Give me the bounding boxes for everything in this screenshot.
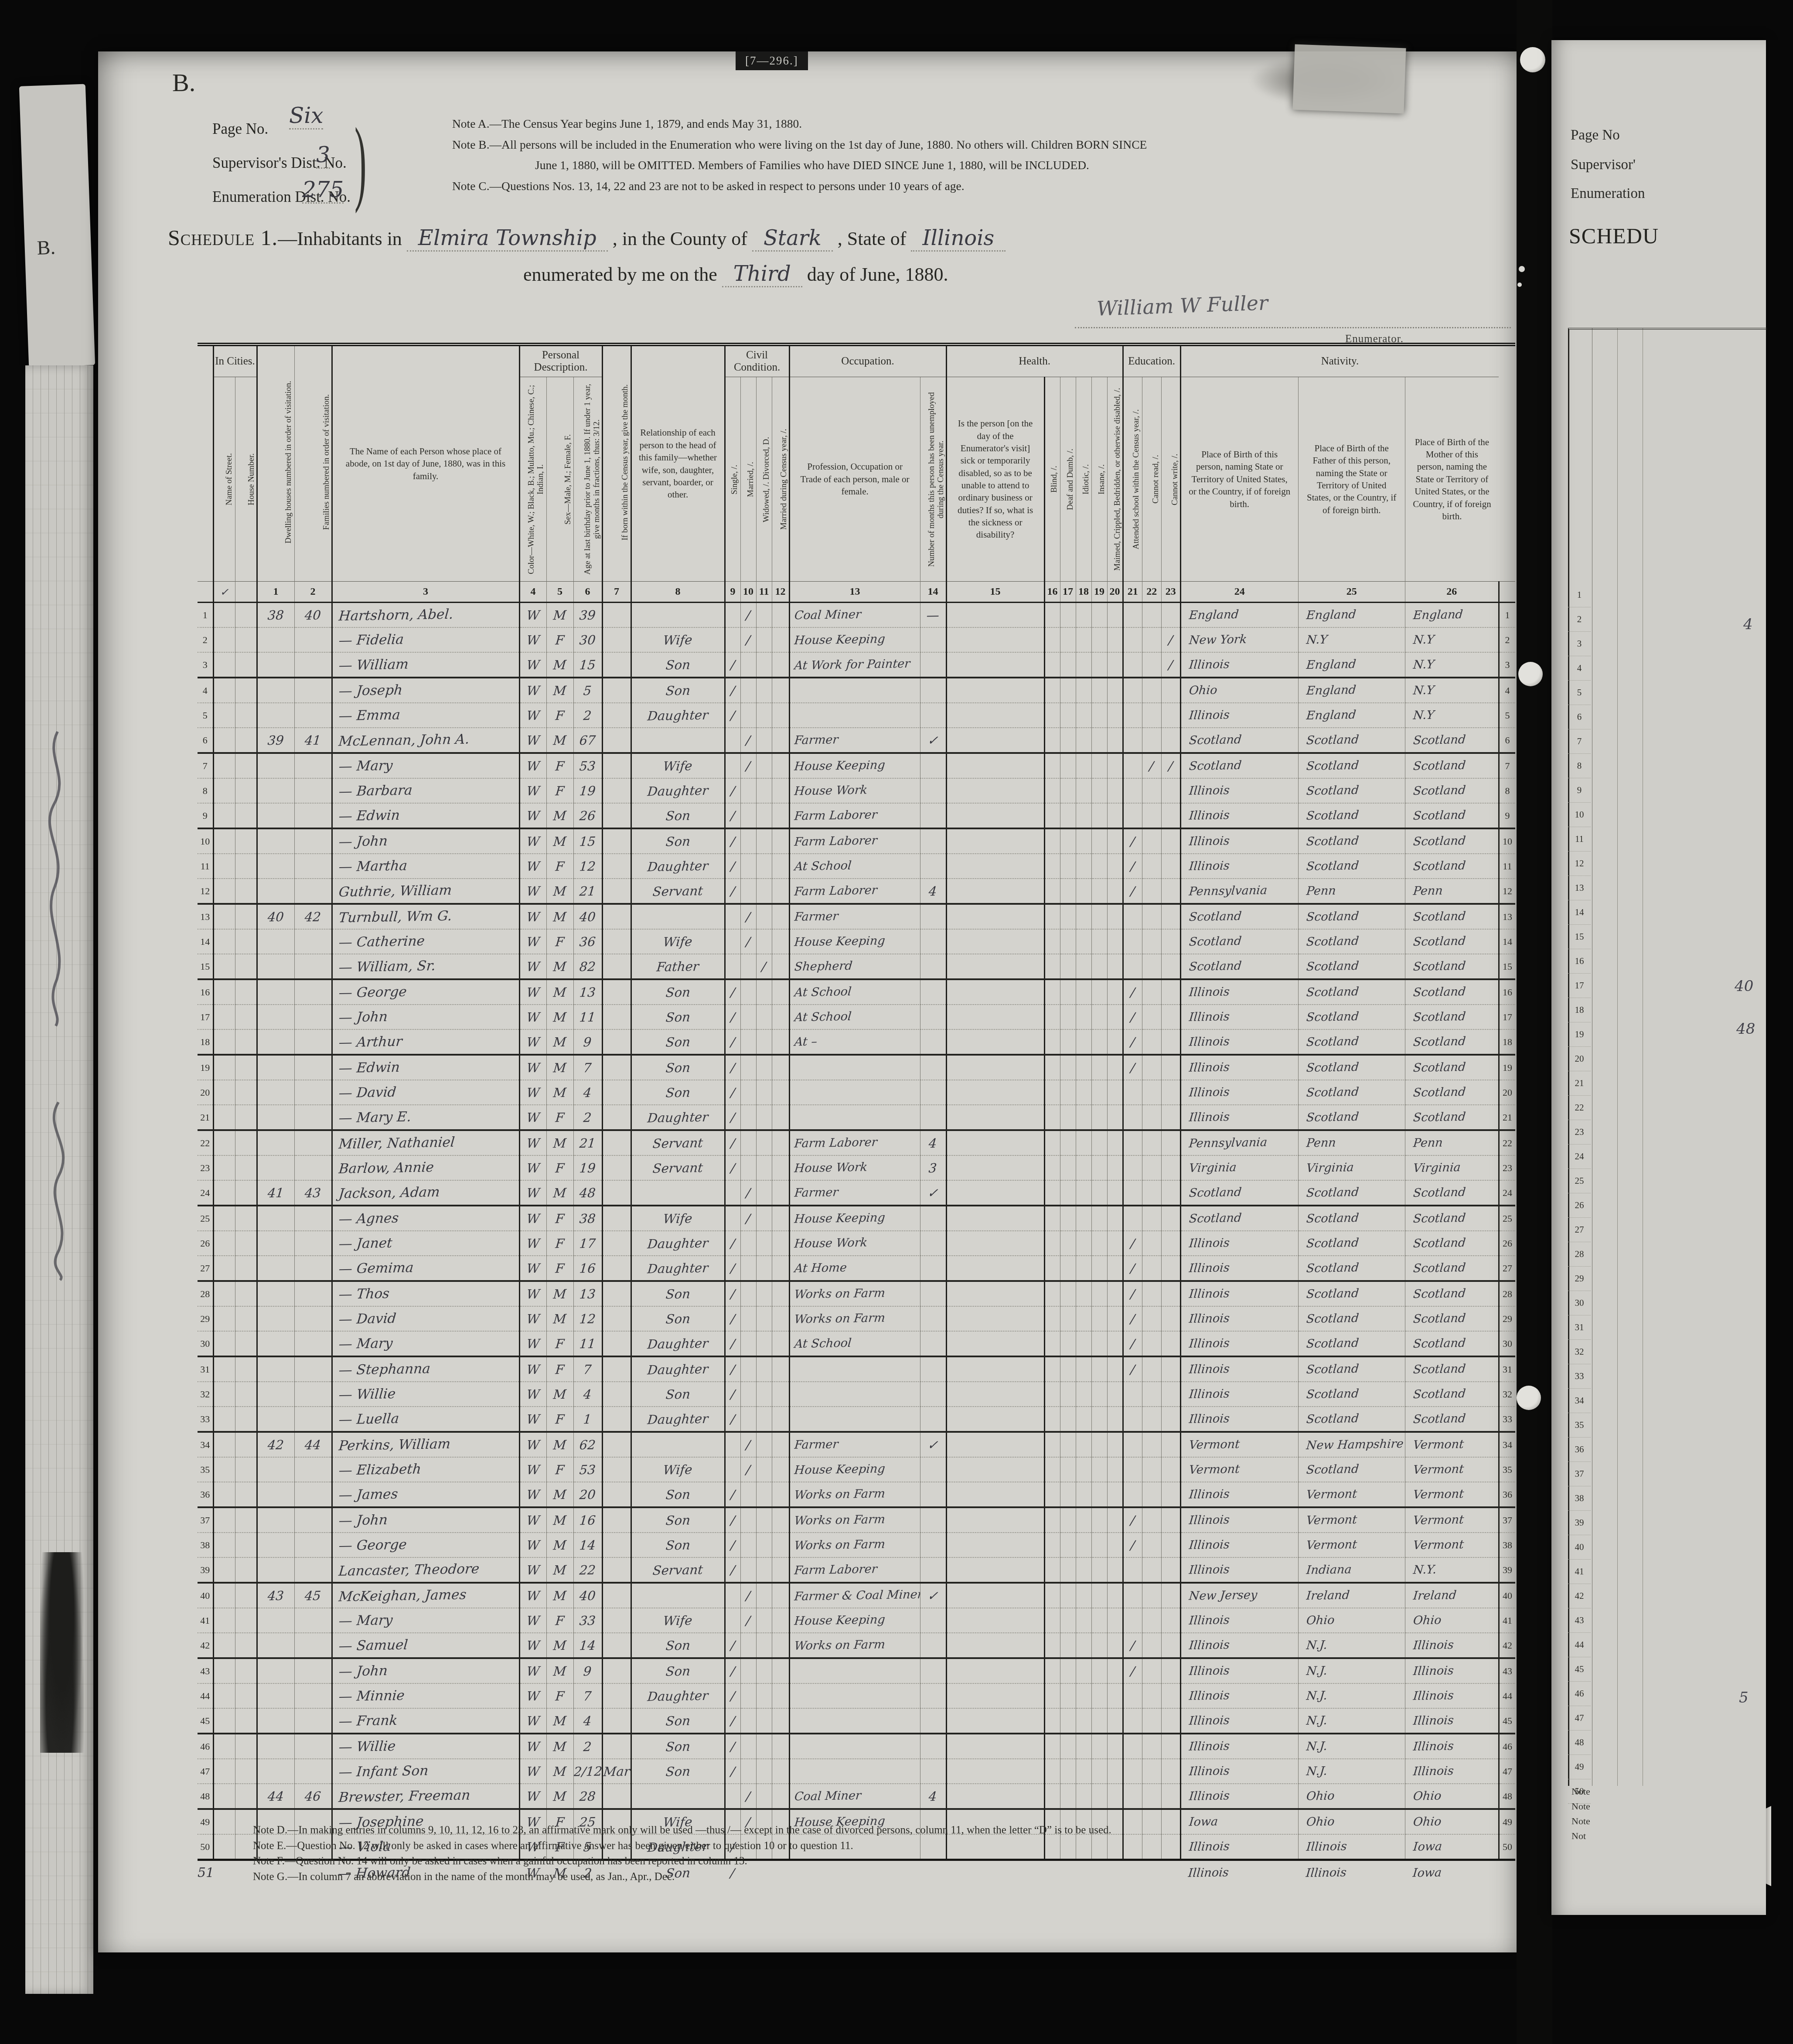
cell-b18 <box>1076 1608 1091 1633</box>
cell-c: W <box>519 1658 546 1683</box>
cell-occ: Coal Miner <box>789 1784 920 1809</box>
cell-born <box>602 1683 631 1708</box>
cell-e23 <box>1161 1105 1180 1130</box>
right-page-row-number: 9 <box>1568 778 1591 803</box>
cell-e22 <box>1142 904 1161 929</box>
cell-b19 <box>1091 1407 1107 1432</box>
cell-b19 <box>1091 778 1107 803</box>
cell-m: / <box>740 627 756 652</box>
cell-w <box>756 1331 772 1356</box>
cell-pm: Vermont <box>1405 1482 1499 1507</box>
cell-b16 <box>1044 1583 1060 1608</box>
cell-b16 <box>1044 1306 1060 1331</box>
cell-name: — George <box>332 1533 519 1557</box>
col-header-blind: Blind, /. <box>1044 377 1060 582</box>
cell-e22 <box>1142 1482 1161 1507</box>
cell-n2: 8 <box>1499 778 1515 803</box>
cell-un <box>920 778 946 803</box>
cell-pob: Illinois <box>1180 1734 1298 1759</box>
table-row: 36— JamesWM20Son/Works on FarmIllinoisVe… <box>198 1482 1515 1507</box>
cell-c: W <box>519 1482 546 1507</box>
cell-mcy <box>772 678 789 703</box>
cell-n2: 40 <box>1499 1583 1515 1608</box>
cell-b20 <box>1107 954 1123 979</box>
cell-w <box>756 1784 772 1809</box>
cell-b20 <box>1107 753 1123 778</box>
cell-b20 <box>1107 1557 1123 1583</box>
cell-rel <box>631 728 725 753</box>
cell-n2: 28 <box>1499 1281 1515 1306</box>
cell-e22 <box>1142 879 1161 904</box>
cell-occ: Works on Farm <box>789 1533 920 1557</box>
cell-name: Miller, Nathaniel <box>332 1130 519 1155</box>
cell-b19 <box>1091 1432 1107 1457</box>
cell-b18 <box>1076 904 1091 929</box>
cell-street <box>213 728 235 753</box>
cell-un <box>920 1608 946 1633</box>
cell-dw <box>257 1306 294 1331</box>
table-row: 21— Mary E.WF2Daughter/IllinoisScotlandS… <box>198 1105 1515 1130</box>
tape-repair <box>1292 44 1406 114</box>
cell-house <box>235 1155 257 1180</box>
cell-a: 39 <box>573 603 602 628</box>
col-header-married-census-year: Married during Census year, /. <box>772 377 789 582</box>
cell-s <box>725 954 740 979</box>
cell-b20 <box>1107 929 1123 954</box>
cell-w <box>756 1407 772 1432</box>
cell-w <box>756 1005 772 1029</box>
col-number-9: 9 <box>725 582 740 603</box>
cell-e22 <box>1142 1432 1161 1457</box>
cell-name: — Samuel <box>332 1633 519 1658</box>
cell-b18 <box>1076 828 1091 854</box>
note-e: Note E.—Question No. 12 will only be ask… <box>253 1838 1111 1854</box>
cell-un <box>920 1281 946 1306</box>
cell-b16 <box>1044 979 1060 1005</box>
cell-occ <box>789 1105 920 1130</box>
cell-fam: 44 <box>294 1432 332 1457</box>
right-page-row-number: 24 <box>1568 1145 1591 1169</box>
cell-occ <box>789 1734 920 1759</box>
cell-b17 <box>1060 1005 1076 1029</box>
cell-b20 <box>1107 1231 1123 1256</box>
cell-n2: 4 <box>1499 678 1515 703</box>
right-note-stub: Note <box>1571 1799 1590 1814</box>
cell-name: — Thos <box>332 1281 519 1306</box>
cell-a: 7 <box>573 1055 602 1080</box>
col-header-single: Single, /. <box>725 377 740 582</box>
cell-e21 <box>1123 1080 1142 1105</box>
cell-name: — Elizabeth <box>332 1457 519 1482</box>
cell-house <box>235 603 257 628</box>
cell-b16 <box>1044 929 1060 954</box>
cell-sick <box>946 803 1044 828</box>
cell-b18 <box>1076 1055 1091 1080</box>
cell-name: — Barbara <box>332 778 519 803</box>
cell-b16 <box>1044 1206 1060 1231</box>
cell-name: — John <box>332 828 519 854</box>
cell-e23 <box>1161 1331 1180 1356</box>
cell-dw <box>257 1206 294 1231</box>
cell-n: 8 <box>198 778 213 803</box>
cell-e22 <box>1142 703 1161 728</box>
cell-occ <box>789 1080 920 1105</box>
cell-street <box>213 1734 235 1759</box>
cell-dw <box>257 1080 294 1105</box>
table-row: 404345McKeighan, JamesWM40/Farmer & Coal… <box>198 1583 1515 1608</box>
cell-street <box>213 1180 235 1206</box>
cell-fam <box>294 1457 332 1482</box>
cell-s: / <box>725 1231 740 1256</box>
right-page-row-number: 13 <box>1568 876 1591 900</box>
cell-m: / <box>740 1180 756 1206</box>
cell-house <box>235 1206 257 1231</box>
cell-sx: F <box>546 1105 573 1130</box>
cell-s: / <box>725 1331 740 1356</box>
cell-b17 <box>1060 1557 1076 1583</box>
cell-b20 <box>1107 1734 1123 1759</box>
cell-m <box>740 1130 756 1155</box>
cell-b18 <box>1076 1005 1091 1029</box>
cell-pm: Scotland <box>1405 1256 1499 1281</box>
cell-b18 <box>1076 1759 1091 1784</box>
cell-n: 20 <box>198 1080 213 1105</box>
cell-pm: Scotland <box>1405 1306 1499 1331</box>
right-page-no-label: Page No <box>1571 127 1620 143</box>
cell-b16 <box>1044 1331 1060 1356</box>
cell-mcy <box>772 1533 789 1557</box>
cell-w <box>756 703 772 728</box>
cell-house <box>235 1608 257 1633</box>
cell-pob: Illinois <box>1180 1105 1298 1130</box>
cell-b18 <box>1076 1734 1091 1759</box>
cell-pf: Ohio <box>1298 1608 1405 1633</box>
cell-born <box>602 1658 631 1683</box>
cell-sx: M <box>546 1482 573 1507</box>
cell-b20 <box>1107 1005 1123 1029</box>
cell-n2 <box>1499 1860 1515 1885</box>
cell-street <box>213 828 235 854</box>
cell-m <box>740 1533 756 1557</box>
cell-street <box>213 803 235 828</box>
cell-e21 <box>1123 1155 1142 1180</box>
form-number: [7—296.] <box>736 51 808 70</box>
col-number-16: 16 <box>1044 582 1060 603</box>
cell-e21 <box>1123 1407 1142 1432</box>
cell-e23 <box>1161 904 1180 929</box>
cell-dw <box>257 627 294 652</box>
cell-name: Jackson, Adam <box>332 1180 519 1206</box>
cell-house <box>235 1759 257 1784</box>
cell-street <box>213 1708 235 1734</box>
cell-street <box>213 1834 235 1860</box>
cell-b16 <box>1044 1608 1060 1633</box>
cell-house <box>235 728 257 753</box>
cell-b17 <box>1060 1331 1076 1356</box>
cell-b19 <box>1091 1231 1107 1256</box>
cell-s <box>725 904 740 929</box>
cell-occ: Farmer & Coal Miner <box>789 1583 920 1608</box>
cell-a: 53 <box>573 753 602 778</box>
cell-name: — James <box>332 1482 519 1507</box>
cell-m <box>740 854 756 879</box>
cell-b18 <box>1076 1482 1091 1507</box>
cell-b20 <box>1107 1608 1123 1633</box>
col-number-20: 20 <box>1107 582 1123 603</box>
cell-fam <box>294 1055 332 1080</box>
cell-sick <box>946 1206 1044 1231</box>
cell-fam <box>294 1356 332 1382</box>
cell-e21 <box>1123 1583 1142 1608</box>
cell-n: 33 <box>198 1407 213 1432</box>
cell-m <box>740 1557 756 1583</box>
cell-e21 <box>1123 1482 1142 1507</box>
cell-c: W <box>519 778 546 803</box>
col-number-n <box>198 582 213 603</box>
col-number-11: 11 <box>756 582 772 603</box>
cell-b20 <box>1107 603 1123 628</box>
cell-fam: 41 <box>294 728 332 753</box>
cell-pm: Illinois <box>1405 1759 1499 1784</box>
cell-n: 42 <box>198 1633 213 1658</box>
cell-e21: / <box>1123 828 1142 854</box>
cell-m <box>740 1256 756 1281</box>
cell-m <box>740 1005 756 1029</box>
cell-pf: Scotland <box>1298 1281 1405 1306</box>
cell-c: W <box>519 1608 546 1633</box>
cell-un <box>920 1005 946 1029</box>
table-row: 20— DavidWM4Son/IllinoisScotlandScotland… <box>198 1080 1515 1105</box>
cell-w <box>756 627 772 652</box>
cell-mcy <box>772 1231 789 1256</box>
cell-pf: N.Y <box>1298 627 1405 652</box>
cell-house <box>235 627 257 652</box>
cell-rel <box>631 1180 725 1206</box>
cell-pf: Scotland <box>1298 1256 1405 1281</box>
cell-e22 <box>1142 1155 1161 1180</box>
cell-b16 <box>1044 1080 1060 1105</box>
cell-dw <box>257 1256 294 1281</box>
note-d: Note D.—In making entries in columns 9, … <box>253 1823 1111 1838</box>
cell-sx: M <box>546 803 573 828</box>
cell-house <box>235 854 257 879</box>
cell-b19 <box>1091 1382 1107 1407</box>
cell-house <box>235 1734 257 1759</box>
cell-b19 <box>1091 603 1107 628</box>
cell-b16 <box>1044 1055 1060 1080</box>
cell-sx: M <box>546 1180 573 1206</box>
cell-born <box>602 1708 631 1734</box>
col-number-10: 10 <box>740 582 756 603</box>
cell-name: McLennan, John A. <box>332 728 519 753</box>
cell-pm: Illinois <box>1405 1734 1499 1759</box>
cell-pob: Illinois <box>1180 1306 1298 1331</box>
cell-b17 <box>1060 1658 1076 1683</box>
cell-house <box>235 1708 257 1734</box>
cell-e22 <box>1142 652 1161 678</box>
cell-mcy <box>772 1784 789 1809</box>
cell-pm: Iowa <box>1405 1860 1499 1885</box>
cell-sx: F <box>546 1356 573 1382</box>
right-page-row-number: 15 <box>1568 925 1591 949</box>
cell-m <box>740 1734 756 1759</box>
cell-house <box>235 1306 257 1331</box>
cell-un: ✓ <box>920 728 946 753</box>
cell-un <box>920 1407 946 1432</box>
cell-b18 <box>1076 1206 1091 1231</box>
cell-house <box>235 803 257 828</box>
cell-b16 <box>1044 879 1060 904</box>
cell-pob: Illinois <box>1180 652 1298 678</box>
cell-born <box>602 1482 631 1507</box>
cell-house <box>235 1507 257 1533</box>
cell-un <box>920 1683 946 1708</box>
cell-n: 47 <box>198 1759 213 1784</box>
cell-house <box>235 1457 257 1482</box>
cell-un <box>920 1105 946 1130</box>
right-page-row-number: 33 <box>1568 1364 1591 1389</box>
cell-e23 <box>1161 1130 1180 1155</box>
right-page-row-number: 34 <box>1568 1389 1591 1413</box>
cell-street <box>213 1356 235 1382</box>
cell-house <box>235 652 257 678</box>
cell-n: 38 <box>198 1533 213 1557</box>
cell-e23 <box>1161 979 1180 1005</box>
note-a: Note A.—The Census Year begins June 1, 1… <box>452 118 1512 130</box>
col-header-months-unemployed: Number of months this person has been un… <box>920 377 946 582</box>
cell-b16 <box>1044 1457 1060 1482</box>
cell-a: 4 <box>573 1080 602 1105</box>
cell-b16 <box>1044 904 1060 929</box>
cell-b18 <box>1076 603 1091 628</box>
county-value: Stark <box>752 226 833 252</box>
cell-m: / <box>740 1608 756 1633</box>
cell-dw: 43 <box>257 1583 294 1608</box>
cell-un: ✓ <box>920 1583 946 1608</box>
cell-e21 <box>1123 1759 1142 1784</box>
table-row: 244143Jackson, AdamWM48/Farmer✓ScotlandS… <box>198 1180 1515 1206</box>
cell-pm: Scotland <box>1405 778 1499 803</box>
cell-w <box>756 1029 772 1055</box>
cell-pf: Illinois <box>1298 1860 1405 1885</box>
cell-occ: At Home <box>789 1256 920 1281</box>
cell-born <box>602 1105 631 1130</box>
cell-pm: Scotland <box>1405 728 1499 753</box>
enumerator-signature: William W Fuller <box>1096 291 1268 320</box>
cell-dw <box>257 1155 294 1180</box>
cell-b17 <box>1060 728 1076 753</box>
table-row: 43— JohnWM9Son//IllinoisN.J.Illinois43 <box>198 1658 1515 1683</box>
cell-pob: England <box>1180 603 1298 628</box>
col-number-house <box>235 582 257 603</box>
cell-rel: Wife <box>631 1457 725 1482</box>
col-number-18: 18 <box>1076 582 1091 603</box>
cell-sx: F <box>546 1407 573 1432</box>
cell-s <box>725 1784 740 1809</box>
cell-a: 13 <box>573 979 602 1005</box>
cell-n: 3 <box>198 652 213 678</box>
punch-hole <box>1518 662 1543 686</box>
cell-pf: Ireland <box>1298 1583 1405 1608</box>
cell-b17 <box>1060 1055 1076 1080</box>
cell-b17 <box>1060 1105 1076 1130</box>
cell-born <box>602 1356 631 1382</box>
cell-e23 <box>1161 1683 1180 1708</box>
cell-pob: Illinois <box>1180 1784 1298 1809</box>
cell-e21 <box>1123 1105 1142 1130</box>
cell-m <box>740 1482 756 1507</box>
cell-e21: / <box>1123 1306 1142 1331</box>
cell-rel: Daughter <box>631 1256 725 1281</box>
cell-s: / <box>725 778 740 803</box>
cell-e23 <box>1161 1055 1180 1080</box>
cell-w <box>756 1734 772 1759</box>
cell-e23 <box>1161 1005 1180 1029</box>
cell-n: 24 <box>198 1180 213 1206</box>
cell-a: 48 <box>573 1180 602 1206</box>
cell-e22 <box>1142 1557 1161 1583</box>
cell-sick <box>946 1256 1044 1281</box>
cell-w <box>756 1533 772 1557</box>
cell-pob: Scotland <box>1180 954 1298 979</box>
cell-sx: F <box>546 627 573 652</box>
cell-occ: House Work <box>789 778 920 803</box>
cell-s: / <box>725 1281 740 1306</box>
cell-born <box>602 1432 631 1457</box>
cell-occ: At School <box>789 1331 920 1356</box>
cell-dw <box>257 1130 294 1155</box>
table-header-numbers: ✓123456789101112131415161718192021222324… <box>198 582 1515 603</box>
cell-sx: M <box>546 1557 573 1583</box>
cell-pf: Scotland <box>1298 1457 1405 1482</box>
cell-fam <box>294 1658 332 1683</box>
cell-mcy <box>772 979 789 1005</box>
cell-m <box>740 703 756 728</box>
col-header-color: Color—White, W.; Black, B.; Mulatto, Mu.… <box>519 377 546 582</box>
cell-sx: M <box>546 1080 573 1105</box>
table-row: 29— DavidWM12Son/Works on Farm/IllinoisS… <box>198 1306 1515 1331</box>
cell-un: — <box>920 603 946 628</box>
handwritten-mark: 5 <box>1739 1689 1749 1707</box>
cell-sick <box>946 1356 1044 1382</box>
cell-dw <box>257 954 294 979</box>
cell-sick <box>946 1331 1044 1356</box>
cell-b17 <box>1060 1180 1076 1206</box>
cell-w <box>756 904 772 929</box>
cell-dw <box>257 1105 294 1130</box>
cell-mcy <box>772 627 789 652</box>
cell-e23 <box>1161 1533 1180 1557</box>
cell-b17 <box>1060 1432 1076 1457</box>
cell-e23 <box>1161 879 1180 904</box>
right-page-row-numbers: 1234567891011121314151617181920212223242… <box>1568 583 1591 1804</box>
cell-street <box>213 1784 235 1809</box>
cell-sx: M <box>546 1055 573 1080</box>
cell-b18 <box>1076 879 1091 904</box>
cell-un <box>920 1708 946 1734</box>
cell-b17 <box>1060 904 1076 929</box>
cell-fam <box>294 1281 332 1306</box>
cell-e23 <box>1161 1834 1180 1860</box>
cell-born <box>602 979 631 1005</box>
cell-a: 62 <box>573 1432 602 1457</box>
cell-b18 <box>1076 1180 1091 1206</box>
cell-b18 <box>1076 1583 1091 1608</box>
cell-rel: Son <box>631 803 725 828</box>
cell-e21 <box>1123 603 1142 628</box>
cell-e21: / <box>1123 1231 1142 1256</box>
cell-e23 <box>1161 1206 1180 1231</box>
